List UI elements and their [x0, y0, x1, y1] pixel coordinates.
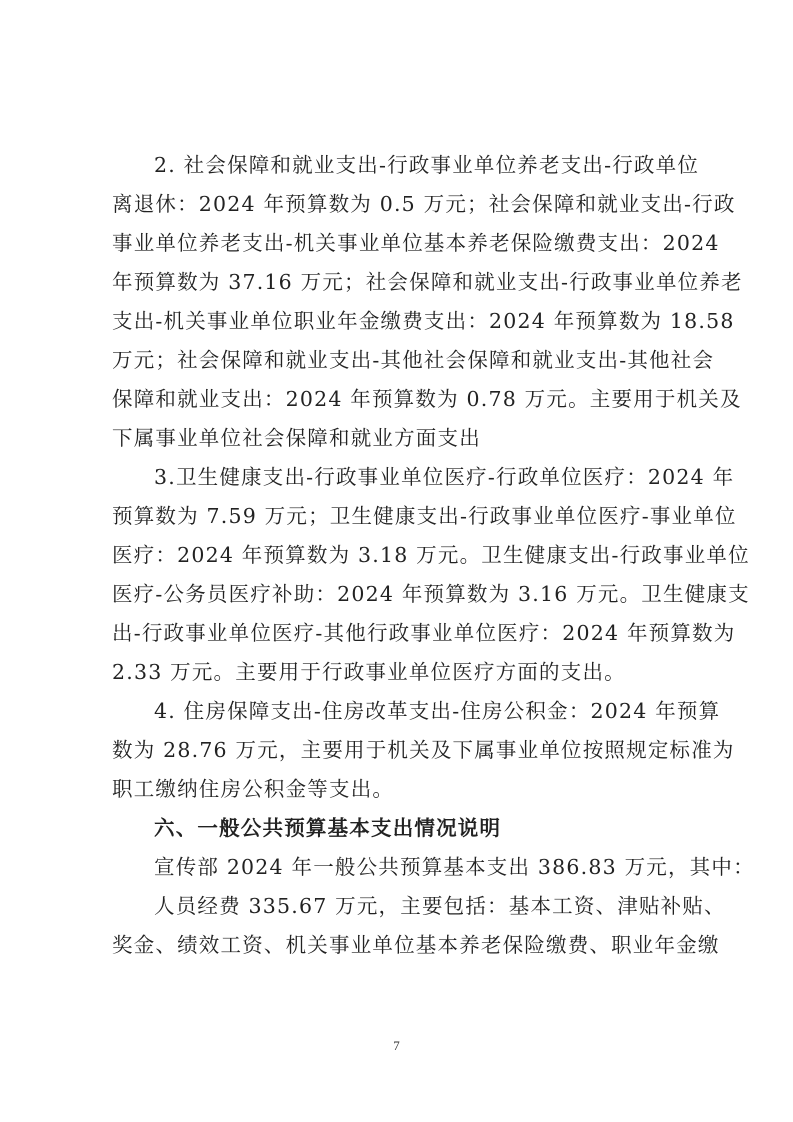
- paragraph-2-line: 2. 社会保障和就业支出-行政事业单位养老支出-行政单位: [154, 146, 698, 185]
- paragraph-2-line: 保障和就业支出：2024 年预算数为 0.78 万元。主要用于机关及: [112, 380, 698, 419]
- paragraph-3-line: 3.卫生健康支出-行政事业单位医疗-行政单位医疗：2024 年: [154, 458, 698, 497]
- paragraph-2-line: 支出-机关事业单位职业年金缴费支出：2024 年预算数为 18.58: [112, 302, 698, 341]
- paragraph-3-line: 出-行政事业单位医疗-其他行政事业单位医疗：2024 年预算数为: [112, 614, 698, 653]
- paragraph-4-line: 数为 28.76 万元，主要用于机关及下属事业单位按照规定标准为: [112, 731, 698, 770]
- paragraph-2-line: 万元；社会保障和就业支出-其他社会保障和就业支出-其他社会: [112, 341, 698, 380]
- paragraph-2-line: 事业单位养老支出-机关事业单位基本养老保险缴费支出：2024: [112, 224, 698, 263]
- section-heading: 六、一般公共预算基本支出情况说明: [154, 809, 698, 848]
- paragraph-2-line: 下属事业单位社会保障和就业方面支出: [112, 419, 698, 458]
- document-page: 2. 社会保障和就业支出-行政事业单位养老支出-行政单位 离退休：2024 年预…: [0, 0, 793, 1122]
- paragraph-basic-expenditure-line: 宣传部 2024 年一般公共预算基本支出 386.83 万元，其中：: [154, 848, 698, 887]
- paragraph-4-line: 职工缴纳住房公积金等支出。: [112, 770, 698, 809]
- paragraph-3-line: 2.33 万元。主要用于行政事业单位医疗方面的支出。: [112, 653, 698, 692]
- paragraph-3-line: 医疗：2024 年预算数为 3.18 万元。卫生健康支出-行政事业单位: [112, 536, 698, 575]
- paragraph-2-line: 年预算数为 37.16 万元；社会保障和就业支出-行政事业单位养老: [112, 263, 698, 302]
- paragraph-3-line: 预算数为 7.59 万元；卫生健康支出-行政事业单位医疗-事业单位: [112, 497, 698, 536]
- paragraph-4-line: 4. 住房保障支出-住房改革支出-住房公积金：2024 年预算: [154, 692, 698, 731]
- paragraph-personnel-line: 奖金、绩效工资、机关事业单位基本养老保险缴费、职业年金缴: [112, 926, 698, 965]
- paragraph-2-line: 离退休：2024 年预算数为 0.5 万元；社会保障和就业支出-行政: [112, 185, 698, 224]
- paragraph-personnel-line: 人员经费 335.67 万元，主要包括：基本工资、津贴补贴、: [154, 887, 698, 926]
- paragraph-3-line: 医疗-公务员医疗补助：2024 年预算数为 3.16 万元。卫生健康支: [112, 575, 698, 614]
- page-number: 7: [0, 1038, 793, 1054]
